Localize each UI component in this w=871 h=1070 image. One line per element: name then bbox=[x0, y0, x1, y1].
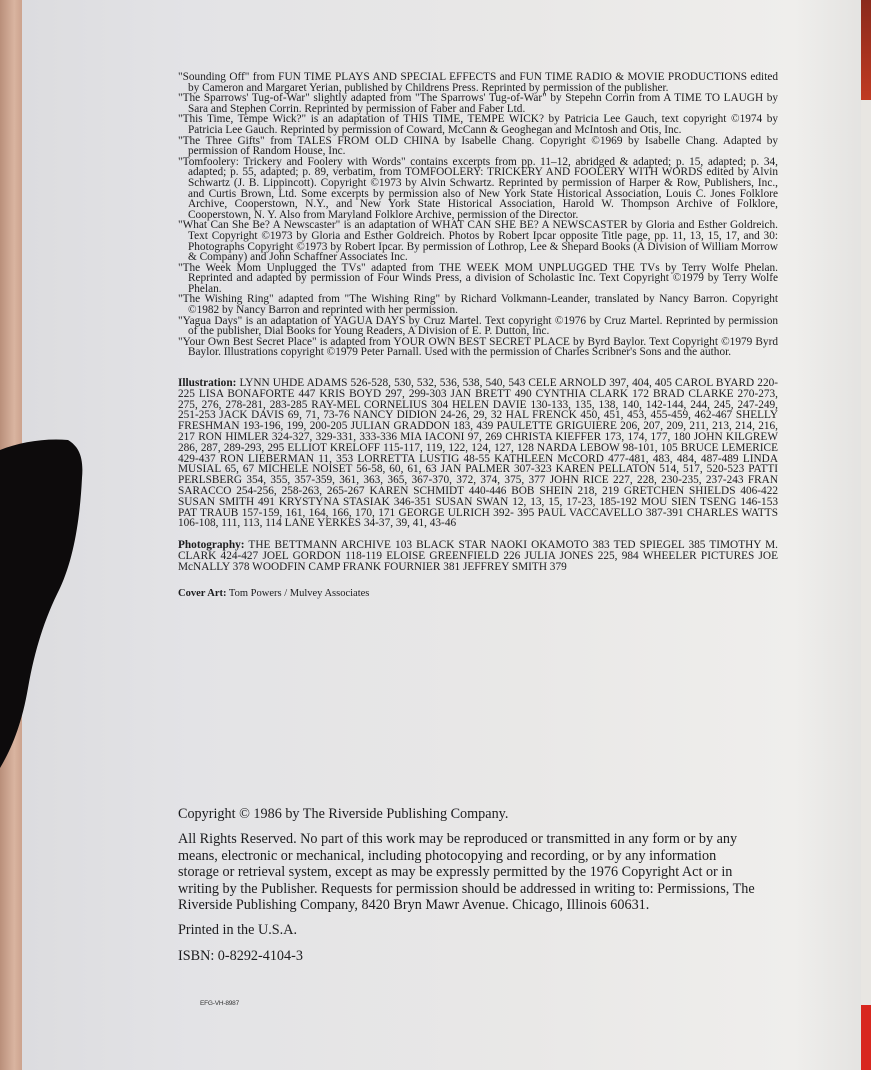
acknowledgment-item: "Tomfoolery: Trickery and Foolery with W… bbox=[178, 157, 778, 221]
acknowledgments-list: "Sounding Off" from FUN TIME PLAYS AND S… bbox=[178, 72, 778, 358]
acknowledgment-item: "The Week Mom Unplugged the TVs" adapted… bbox=[178, 263, 778, 295]
acknowledgment-item: "The Wishing Ring" adapted from "The Wis… bbox=[178, 294, 778, 315]
illustration-text: LYNN UHDE ADAMS 526-528, 530, 532, 536, … bbox=[178, 377, 778, 529]
printed-in: Printed in the U.S.A. bbox=[178, 922, 758, 938]
book-cover-edge bbox=[861, 0, 871, 1070]
copyright-block: Copyright © 1986 by The Riverside Publis… bbox=[178, 806, 758, 973]
credits-section: "Sounding Off" from FUN TIME PLAYS AND S… bbox=[178, 72, 778, 599]
acknowledgment-item: "Sounding Off" from FUN TIME PLAYS AND S… bbox=[178, 72, 778, 93]
acknowledgment-item: "The Sparrows' Tug-of-War" slightly adap… bbox=[178, 93, 778, 114]
acknowledgment-item: "Yagua Days" is an adaptation of YAGUA D… bbox=[178, 316, 778, 337]
copyright-line: Copyright © 1986 by The Riverside Publis… bbox=[178, 806, 758, 822]
illustration-credits: Illustration: LYNN UHDE ADAMS 526-528, 5… bbox=[178, 378, 778, 529]
acknowledgment-item: "Your Own Best Secret Place" is adapted … bbox=[178, 337, 778, 358]
cover-red-strip-top bbox=[861, 0, 871, 100]
thumb-shadow bbox=[0, 438, 90, 768]
acknowledgment-item: "This Time, Tempe Wick?" is an adaptatio… bbox=[178, 114, 778, 135]
cover-red-strip-bottom bbox=[861, 1005, 871, 1070]
print-code: EFG-VH-8987 bbox=[200, 1000, 239, 1007]
acknowledgment-item: "The Three Gifts" from TALES FROM OLD CH… bbox=[178, 136, 778, 157]
cover-art-text: Tom Powers / Mulvey Associates bbox=[227, 588, 370, 599]
isbn: ISBN: 0-8292-4104-3 bbox=[178, 948, 758, 964]
photography-text: THE BETTMANN ARCHIVE 103 BLACK STAR NAOK… bbox=[178, 539, 778, 573]
cover-art-credit: Cover Art: Tom Powers / Mulvey Associate… bbox=[178, 588, 778, 599]
acknowledgment-item: "What Can She Be? A Newscaster" is an ad… bbox=[178, 220, 778, 262]
photography-credits: Photography: THE BETTMANN ARCHIVE 103 BL… bbox=[178, 540, 778, 572]
rights-statement: All Rights Reserved. No part of this wor… bbox=[178, 831, 758, 913]
cover-art-label: Cover Art: bbox=[178, 588, 227, 599]
